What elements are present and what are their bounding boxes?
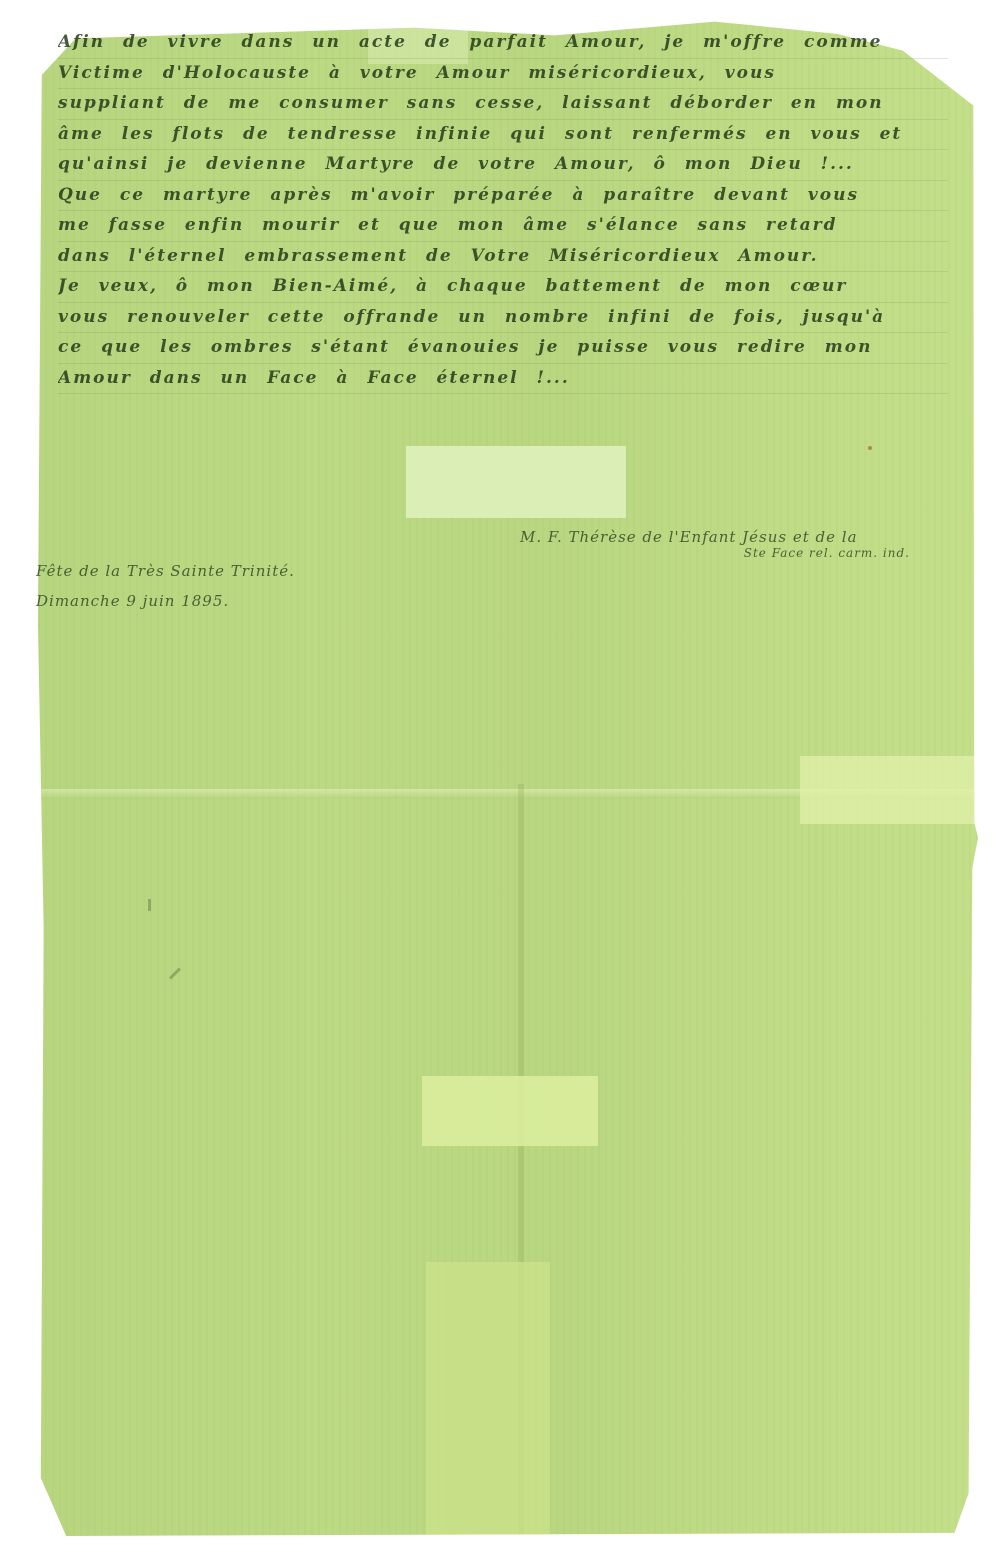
ink-speck [169,967,181,979]
text-line: Amour dans un Face à Face éternel !... [58,364,948,395]
text-line: vous renouveler cette offrande un nombre… [58,303,948,334]
text-line: Que ce martyre après m'avoir préparée à … [58,181,948,212]
dateline: Fête de la Très Sainte Trinité. Dimanche… [36,556,295,616]
dateline-feast: Fête de la Très Sainte Trinité. [36,556,295,586]
signature: M. F. Thérèse de l'Enfant Jésus et de la… [520,528,970,560]
text-line: Je veux, ô mon Bien-Aimé, à chaque batte… [58,272,948,303]
tape-strip-bottom [426,1262,550,1539]
tape-patch-lower [422,1076,598,1146]
tape-patch-middle [406,446,626,518]
text-line: âme les flots de tendresse infinie qui s… [58,120,948,151]
text-line: Afin de vivre dans un acte de parfait Am… [58,28,948,59]
text-line: suppliant de me consumer sans cesse, lai… [58,89,948,120]
ink-stain [868,446,872,450]
signature-line-1: M. F. Thérèse de l'Enfant Jésus et de la [520,528,970,546]
signature-line-2: Ste Face rel. carm. ind. [520,546,970,560]
text-line: me fasse enfin mourir et que mon âme s'é… [58,211,948,242]
ink-speck [148,899,151,911]
tape-patch-right-fold [800,756,976,824]
text-line: dans l'éternel embrassement de Votre Mis… [58,242,948,273]
manuscript-body-text: Afin de vivre dans un acte de parfait Am… [58,28,948,394]
dateline-date: Dimanche 9 juin 1895. [36,586,295,616]
text-line: qu'ainsi je devienne Martyre de votre Am… [58,150,948,181]
text-line: Victime d'Holocauste à votre Amour misér… [58,59,948,90]
text-line: ce que les ombres s'étant évanouies je p… [58,333,948,364]
